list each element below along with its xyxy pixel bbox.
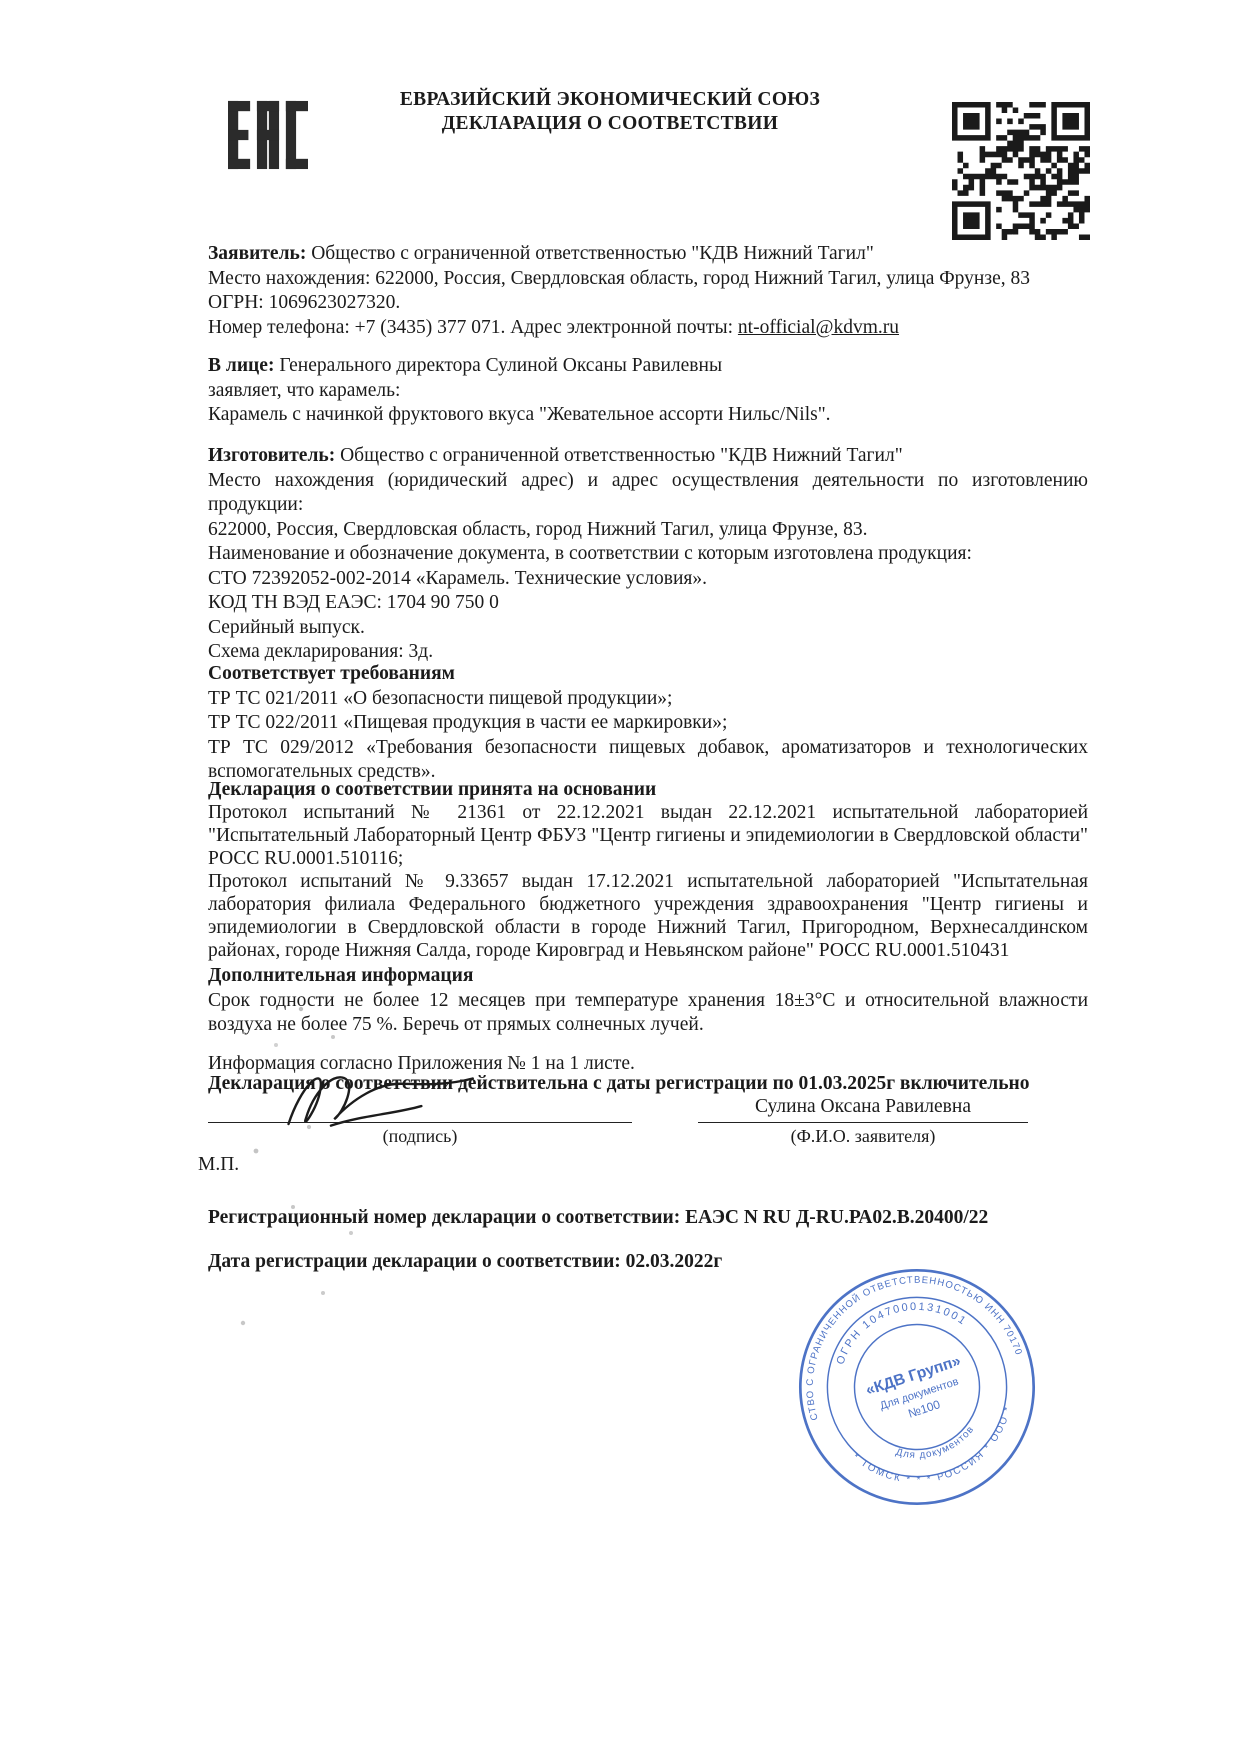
- declaration-page: ЕВРАЗИЙСКИЙ ЭКОНОМИЧЕСКИЙ СОЮЗ ДЕКЛАРАЦИ…: [0, 0, 1240, 1754]
- signature-section: (подпись) М.П. Сулина Оксана Равилевна (…: [208, 1096, 1088, 1176]
- declarant-name: Генерального директора Сулиной Оксаны Ра…: [279, 355, 722, 376]
- test-protocol-2: Протокол испытаний № 9.33657 выдан 17.12…: [208, 870, 1088, 962]
- applicant-ogrn: ОГРН: 1069623027320.: [208, 291, 1088, 316]
- manufacturer-doc-intro: Наименование и обозначение документа, в …: [208, 542, 1088, 567]
- company-stamp: ОБЩЕСТВО С ОГРАНИЧЕННОЙ ОТВЕТСТВЕННОСТЬЮ…: [792, 1262, 1042, 1512]
- qr-code: [952, 102, 1090, 240]
- signature-space: [208, 1096, 632, 1122]
- applicant-address: Место нахождения: 622000, Россия, Свердл…: [208, 267, 1088, 292]
- declarant-line: В лице: Генерального директора Сулиной О…: [208, 354, 1088, 379]
- compliance-item: ТР ТС 022/2011 «Пищевая продукция в част…: [208, 711, 1088, 736]
- header-doc-type: ДЕКЛАРАЦИЯ О СООТВЕТСТВИИ: [170, 112, 1050, 136]
- applicant-email: nt-official@kdvm.ru: [738, 317, 899, 338]
- manufacturer-line: Изготовитель: Общество с ограниченной от…: [208, 444, 1088, 469]
- tnved-code: КОД ТН ВЭД ЕАЭС: 1704 90 750 0: [208, 591, 1088, 616]
- basis-heading: Декларация о соответствии принята на осн…: [208, 778, 1088, 801]
- document-header: ЕВРАЗИЙСКИЙ ЭКОНОМИЧЕСКИЙ СОЮЗ ДЕКЛАРАЦИ…: [170, 88, 1050, 136]
- applicant-name: Общество с ограниченной ответственностью…: [311, 243, 874, 264]
- stamp-place-label: М.П.: [198, 1154, 632, 1176]
- applicant-fio: Сулина Оксана Равилевна: [698, 1096, 1028, 1122]
- manufacturer-section: Изготовитель: Общество с ограниченной от…: [208, 444, 1088, 665]
- qr-code-image: [952, 102, 1090, 240]
- signature-caption: (подпись): [208, 1123, 632, 1147]
- declares-line: заявляет, что карамель:: [208, 379, 1088, 404]
- storage-conditions: Срок годности не более 12 месяцев при те…: [208, 989, 1088, 1038]
- basis-section: Декларация о соответствии принята на осн…: [208, 778, 1088, 962]
- applicant-contacts: Номер телефона: +7 (3435) 377 071. Адрес…: [208, 316, 1088, 341]
- issue-type: Серийный выпуск.: [208, 616, 1088, 641]
- declaration-scheme: Схема декларирования: 3д.: [208, 640, 1088, 665]
- signature-right-column: Сулина Оксана Равилевна (Ф.И.О. заявител…: [698, 1096, 1028, 1176]
- applicant-line: Заявитель: Общество с ограниченной ответ…: [208, 242, 1088, 267]
- manufacturer-name: Общество с ограниченной ответственностью…: [340, 445, 903, 466]
- applicant-section: Заявитель: Общество с ограниченной ответ…: [208, 242, 1088, 340]
- applicant-phone: Номер телефона: +7 (3435) 377 071. Адрес…: [208, 317, 738, 338]
- additional-info-section: Дополнительная информация Срок годности …: [208, 964, 1088, 1038]
- additional-info-heading: Дополнительная информация: [208, 964, 1088, 989]
- registration-number-line: Регистрационный номер декларации о соотв…: [208, 1206, 1088, 1231]
- manufacturer-label: Изготовитель:: [208, 445, 340, 466]
- manufacturer-standard: СТО 72392052-002-2014 «Карамель. Техниче…: [208, 567, 1088, 592]
- fio-caption: (Ф.И.О. заявителя): [698, 1123, 1028, 1147]
- header-union-name: ЕВРАЗИЙСКИЙ ЭКОНОМИЧЕСКИЙ СОЮЗ: [170, 88, 1050, 112]
- product-name: Карамель с начинкой фруктового вкуса "Же…: [208, 403, 1088, 428]
- test-protocol-1: Протокол испытаний № 21361 от 22.12.2021…: [208, 801, 1088, 870]
- applicant-label: Заявитель:: [208, 243, 311, 264]
- manufacturer-address: 622000, Россия, Свердловская область, го…: [208, 518, 1088, 543]
- compliance-heading: Соответствует требованиям: [208, 662, 1088, 687]
- declarant-label: В лице:: [208, 355, 279, 376]
- compliance-item: ТР ТС 021/2011 «О безопасности пищевой п…: [208, 687, 1088, 712]
- scan-noise: [0, 0, 2, 2]
- manufacturer-address-intro: Место нахождения (юридический адрес) и а…: [208, 469, 1088, 518]
- signature-left-column: (подпись) М.П.: [208, 1096, 632, 1176]
- compliance-section: Соответствует требованиям ТР ТС 021/2011…: [208, 662, 1088, 785]
- declarant-section: В лице: Генерального директора Сулиной О…: [208, 354, 1088, 428]
